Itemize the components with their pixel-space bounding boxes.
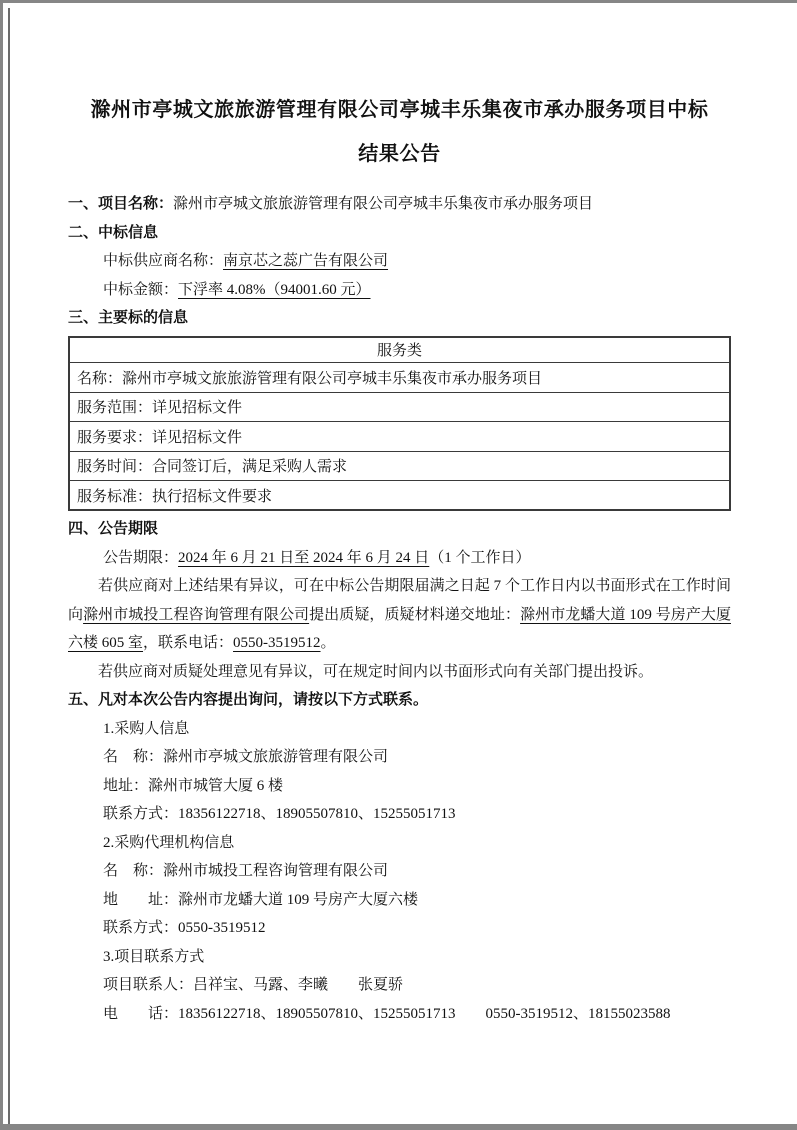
project-name-value: 滁州市亭城文旅旅游管理有限公司亭城丰乐集夜市承办服务项目 (173, 196, 593, 212)
project-contacts: 项目联系人：吕祥宝、马露、李曦 张夏骄 (68, 971, 731, 1000)
agency-address: 地 址：滁州市龙蟠大道 109 号房产大厦六楼 (68, 886, 731, 915)
project-name-line: 一、项目名称：滁州市亭城文旅旅游管理有限公司亭城丰乐集夜市承办服务项目 (68, 190, 731, 219)
amount-value: 下浮率 4.08%（94001.60 元） (178, 282, 371, 298)
complaint-paragraph: 若供应商对质疑处理意见有异议，可在规定时间内以书面形式向有关部门提出投诉。 (68, 658, 731, 687)
table-row: 服务要求：详见招标文件 (69, 422, 730, 452)
document-content: 滁州市亭城文旅旅游管理有限公司亭城丰乐集夜市承办服务项目中标结果公告 一、项目名… (68, 88, 731, 1028)
agency-heading: 2.采购代理机构信息 (68, 829, 731, 858)
service-standard-cell: 服务标准：执行招标文件要求 (69, 481, 730, 511)
purchaser-contact: 联系方式：18356122718、18905507810、15255051713 (68, 800, 731, 829)
section-contact-heading: 五、凡对本次公告内容提出询问，请按以下方式联系。 (68, 686, 731, 715)
agency-contact: 联系方式：0550-3519512 (68, 914, 731, 943)
supplier-value: 南京芯之蕊广告有限公司 (223, 253, 388, 269)
table-row: 名称：滁州市亭城文旅旅游管理有限公司亭城丰乐集夜市承办服务项目 (69, 363, 730, 393)
agency-name: 名 称：滁州市城投工程咨询管理有限公司 (68, 857, 731, 886)
viewer-edge-left (0, 0, 3, 1130)
table-row: 服务范围：详见招标文件 (69, 392, 730, 422)
service-time-cell: 服务时间：合同签订后，满足采购人需求 (69, 451, 730, 481)
table-row: 服务时间：合同签订后，满足采购人需求 (69, 451, 730, 481)
objection-phone: 0550-3519512 (233, 635, 321, 651)
section-award-info-heading: 二、中标信息 (68, 219, 731, 248)
project-phones: 电 话：18356122718、18905507810、15255051713 … (68, 1000, 731, 1029)
section-subject-info-heading: 三、主要标的信息 (68, 304, 731, 333)
table-row: 服务标准：执行招标文件要求 (69, 481, 730, 511)
purchaser-heading: 1.采购人信息 (68, 715, 731, 744)
service-requirement-cell: 服务要求：详见招标文件 (69, 422, 730, 452)
supplier-line: 中标供应商名称：南京芯之蕊广告有限公司 (68, 247, 731, 276)
period-value: 2024 年 6 月 21 日至 2024 年 6 月 24 日 (178, 550, 429, 566)
document-page: 滁州市亭城文旅旅游管理有限公司亭城丰乐集夜市承办服务项目中标结果公告 一、项目名… (0, 0, 797, 1130)
subject-name-cell: 名称：滁州市亭城文旅旅游管理有限公司亭城丰乐集夜市承办服务项目 (69, 363, 730, 393)
purchaser-address: 地址：滁州市城管大厦 6 楼 (68, 772, 731, 801)
service-scope-cell: 服务范围：详见招标文件 (69, 392, 730, 422)
supplier-label: 中标供应商名称： (103, 253, 223, 269)
objection-text-2: 提出质疑，质疑材料递交地址： (309, 607, 520, 623)
page-left-border (8, 8, 10, 1124)
section-announcement-period-heading: 四、公告期限 (68, 515, 731, 544)
objection-text-3: ，联系电话： (143, 635, 233, 651)
page-title: 滁州市亭城文旅旅游管理有限公司亭城丰乐集夜市承办服务项目中标结果公告 (88, 88, 712, 176)
objection-paragraph: 若供应商对上述结果有异议，可在中标公告期限届满之日起 7 个工作日内以书面形式在… (68, 572, 731, 658)
project-name-label: 一、项目名称： (68, 195, 173, 212)
purchaser-name: 名 称：滁州市亭城文旅旅游管理有限公司 (68, 743, 731, 772)
subject-table: 服务类 名称：滁州市亭城文旅旅游管理有限公司亭城丰乐集夜市承办服务项目 服务范围… (68, 336, 731, 512)
subject-table-header-row: 服务类 (69, 337, 730, 363)
objection-org: 滁州市城投工程咨询管理有限公司 (83, 607, 309, 623)
subject-table-header-cell: 服务类 (69, 337, 730, 363)
period-suffix: （1 个工作日） (429, 550, 530, 566)
period-label: 公告期限： (103, 550, 178, 566)
amount-line: 中标金额：下浮率 4.08%（94001.60 元） (68, 276, 731, 305)
project-contact-heading: 3.项目联系方式 (68, 943, 731, 972)
viewer-edge-bottom (0, 1124, 797, 1130)
amount-label: 中标金额： (103, 282, 178, 298)
period-line: 公告期限：2024 年 6 月 21 日至 2024 年 6 月 24 日（1 … (68, 544, 731, 573)
viewer-edge-top (0, 0, 797, 3)
objection-text-4: 。 (321, 635, 336, 651)
